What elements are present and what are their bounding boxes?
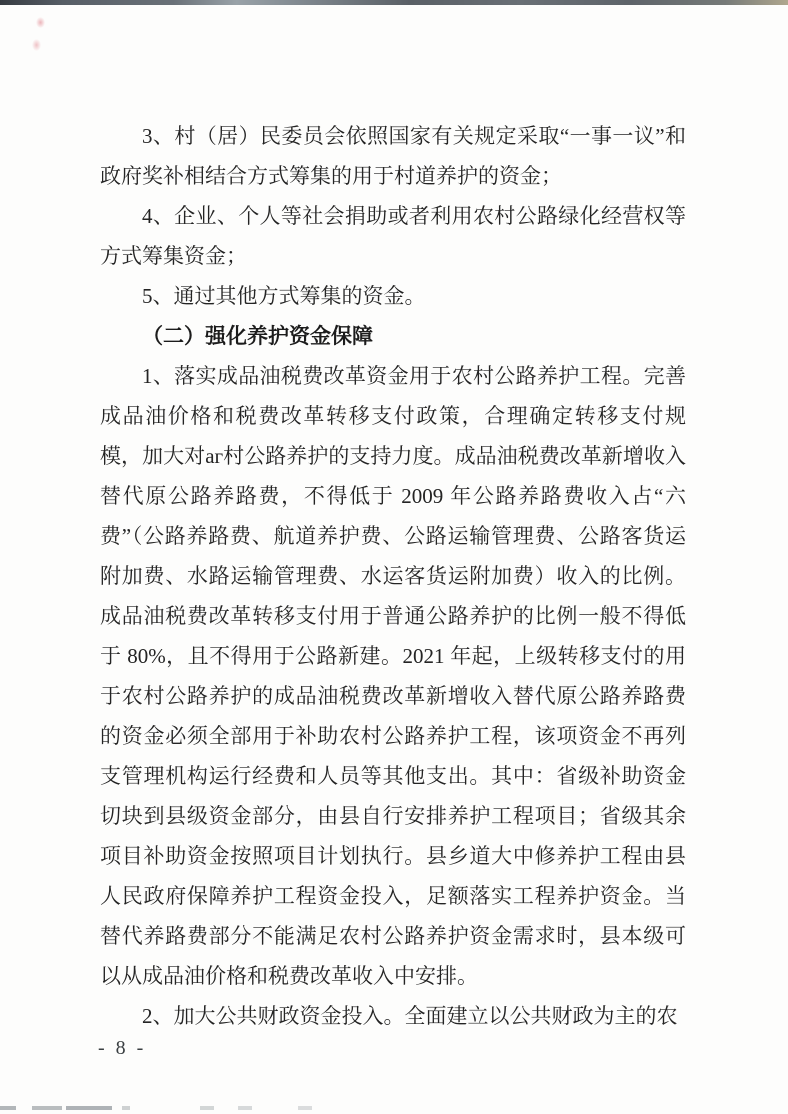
- paragraph-item-2: 2、加大公共财政资金投入。全面建立以公共财政为主的农: [100, 996, 686, 1036]
- section-heading: （二）强化养护资金保障: [100, 316, 686, 356]
- scan-edge-top: [0, 0, 788, 5]
- pen-mark-icon: [36, 17, 45, 28]
- page-number: - 8 -: [98, 1036, 146, 1060]
- list-item-5: 5、通过其他方式筹集的资金。: [100, 276, 686, 316]
- list-item-3: 3、村（居）民委员会依照国家有关规定采取“一事一议”和政府奖补相结合方式筹集的用…: [100, 116, 686, 196]
- pen-mark-icon: [32, 39, 41, 51]
- list-item-4: 4、企业、个人等社会捐助或者利用农村公路绿化经营权等方式筹集资金；: [100, 196, 686, 276]
- scan-edge-bottom: [0, 1106, 340, 1110]
- paragraph-item-1: 1、落实成品油税费改革资金用于农村公路养护工程。完善成品油价格和税费改革转移支付…: [100, 356, 686, 996]
- document-body: 3、村（居）民委员会依照国家有关规定采取“一事一议”和政府奖补相结合方式筹集的用…: [100, 116, 686, 1036]
